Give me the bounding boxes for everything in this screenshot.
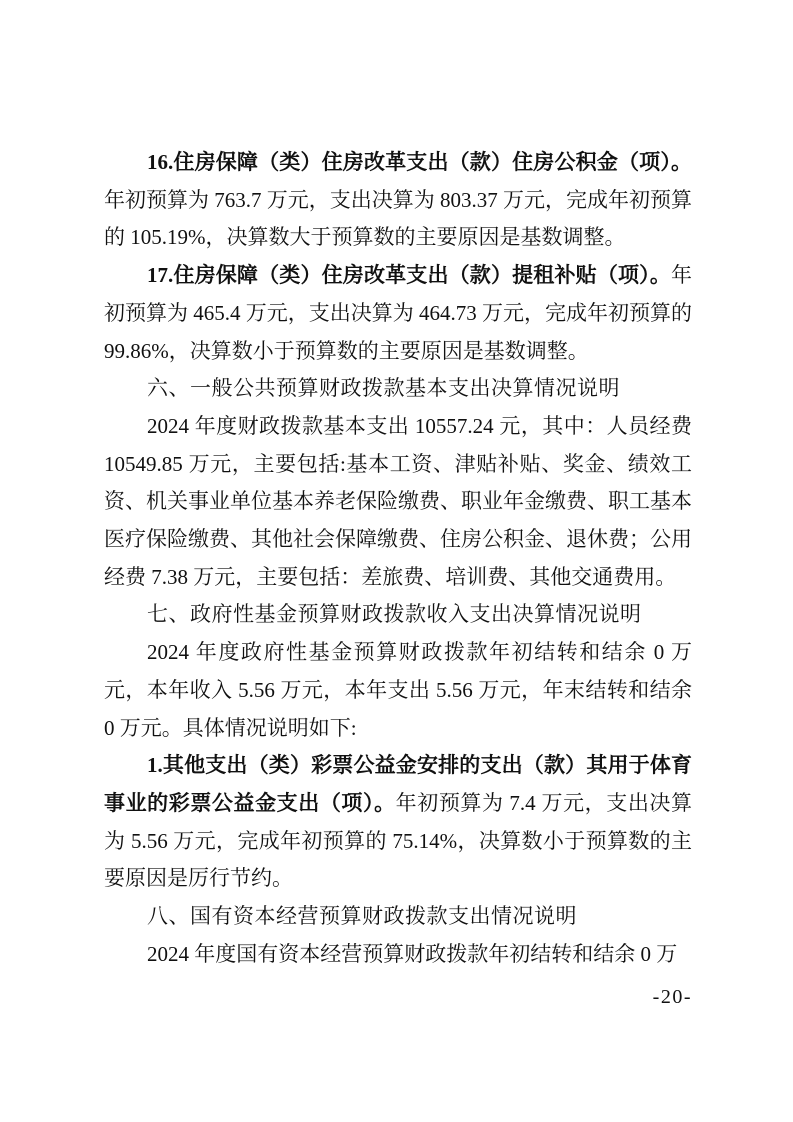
document-page: 16.住房保障（类）住房改革支出（款）住房公积金（项）。年初预算为 763.7 … <box>0 0 793 1122</box>
paragraph-item-16-lead: 16.住房保障（类）住房改革支出（款）住房公积金（项）。 <box>147 150 692 174</box>
page-number: -20- <box>0 986 692 1009</box>
paragraph-item-17: 17.住房保障（类）住房改革支出（款）提租补贴（项）。年初预算为 465.4 万… <box>104 257 692 370</box>
paragraph-item-16: 16.住房保障（类）住房改革支出（款）住房公积金（项）。年初预算为 763.7 … <box>104 144 692 257</box>
paragraph-item-17-lead: 17.住房保障（类）住房改革支出（款）提租补贴（项）。 <box>147 263 671 287</box>
section-heading-6: 六、一般公共预算财政拨款基本支出决算情况说明 <box>104 370 692 408</box>
paragraph-item-16-body: 年初预算为 763.7 万元，支出决算为 803.37 万元，完成年初预算的 1… <box>104 188 692 250</box>
section-heading-8: 八、国有资本经营预算财政拨款支出情况说明 <box>104 898 692 936</box>
document-content: 16.住房保障（类）住房改革支出（款）住房公积金（项）。年初预算为 763.7 … <box>104 144 692 973</box>
section-heading-7: 七、政府性基金预算财政拨款收入支出决算情况说明 <box>104 596 692 634</box>
section-7-paragraph: 2024 年度政府性基金预算财政拨款年初结转和结余 0 万元，本年收入 5.56… <box>104 634 692 747</box>
section-6-paragraph: 2024 年度财政拨款基本支出 10557.24 元，其中：人员经费 10549… <box>104 408 692 597</box>
paragraph-item-1: 1.其他支出（类）彩票公益金安排的支出（款）其用于体育事业的彩票公益金支出（项）… <box>104 747 692 898</box>
section-8-paragraph: 2024 年度国有资本经营预算财政拨款年初结转和结余 0 万 <box>104 936 692 974</box>
